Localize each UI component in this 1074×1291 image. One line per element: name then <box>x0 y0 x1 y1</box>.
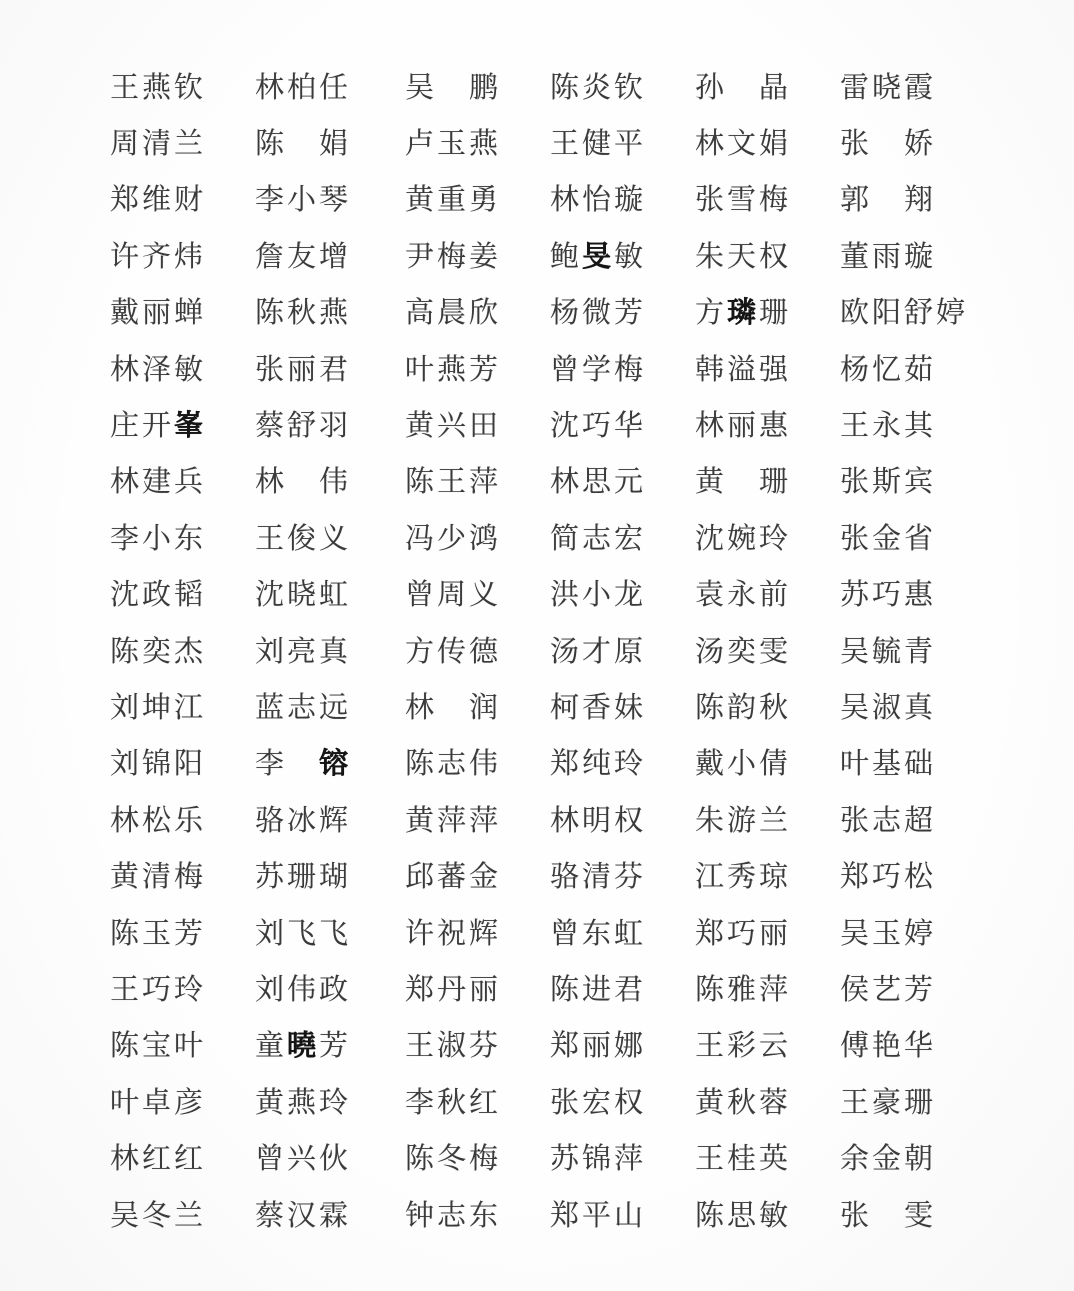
person-name: 林明权 <box>550 790 695 846</box>
person-name: 童曉芳 <box>255 1016 405 1072</box>
person-name: 黄兴田 <box>405 395 550 451</box>
person-name: 林丽惠 <box>695 395 840 451</box>
person-name: 陈王萍 <box>405 452 550 508</box>
person-name: 王彩云 <box>695 1016 840 1072</box>
person-name: 李小琴 <box>255 170 405 226</box>
person-name: 王豪珊 <box>840 1072 1040 1128</box>
person-name: 邱蕃金 <box>405 846 550 902</box>
person-name: 苏锦萍 <box>550 1128 695 1184</box>
person-name: 陈志伟 <box>405 734 550 790</box>
person-name: 杨微芳 <box>550 283 695 339</box>
person-name: 陈韵秋 <box>695 677 840 733</box>
person-name: 沈婉玲 <box>695 508 840 564</box>
name-roster-grid: 王燕钦林柏任吴 鹏陈炎钦孙 晶雷晓霞周清兰陈 娟卢玉燕王健平林文娟张 娇郑维财李… <box>110 57 1040 1241</box>
person-name: 林红红 <box>110 1128 255 1184</box>
person-name: 叶燕芳 <box>405 339 550 395</box>
person-name: 卢玉燕 <box>405 113 550 169</box>
person-name: 方传德 <box>405 621 550 677</box>
person-name: 王桂英 <box>695 1128 840 1184</box>
person-name: 陈秋燕 <box>255 283 405 339</box>
person-name: 陈雅萍 <box>695 959 840 1015</box>
person-name: 王健平 <box>550 113 695 169</box>
person-name: 余金朝 <box>840 1128 1040 1184</box>
person-name: 陈进君 <box>550 959 695 1015</box>
person-name: 曾周义 <box>405 565 550 621</box>
person-name: 傅艳华 <box>840 1016 1040 1072</box>
person-name: 郭 翔 <box>840 170 1040 226</box>
person-name: 黄秋蓉 <box>695 1072 840 1128</box>
person-name: 郑巧丽 <box>695 903 840 959</box>
person-name: 叶基础 <box>840 734 1040 790</box>
person-name: 郑丹丽 <box>405 959 550 1015</box>
person-name: 李小东 <box>110 508 255 564</box>
person-name: 董雨璇 <box>840 226 1040 282</box>
person-name: 欧阳舒婷 <box>840 283 1040 339</box>
person-name: 王淑芬 <box>405 1016 550 1072</box>
person-name: 林怡璇 <box>550 170 695 226</box>
person-name: 周清兰 <box>110 113 255 169</box>
person-name: 洪小龙 <box>550 565 695 621</box>
person-name: 黄重勇 <box>405 170 550 226</box>
person-name: 江秀琼 <box>695 846 840 902</box>
person-name: 吴玉婷 <box>840 903 1040 959</box>
person-name: 雷晓霞 <box>840 57 1040 113</box>
person-name: 冯少鸿 <box>405 508 550 564</box>
bold-character: 曉 <box>287 1023 319 1064</box>
person-name: 许齐炜 <box>110 226 255 282</box>
person-name: 黄萍萍 <box>405 790 550 846</box>
person-name: 韩溢强 <box>695 339 840 395</box>
person-name: 朱天权 <box>695 226 840 282</box>
person-name: 刘伟政 <box>255 959 405 1015</box>
person-name: 詹友增 <box>255 226 405 282</box>
bold-character: 峯 <box>174 403 206 444</box>
person-name: 蔡舒羽 <box>255 395 405 451</box>
person-name: 林 润 <box>405 677 550 733</box>
person-name: 叶卓彦 <box>110 1072 255 1128</box>
person-name: 陈冬梅 <box>405 1128 550 1184</box>
person-name: 郑平山 <box>550 1185 695 1241</box>
person-name: 王巧玲 <box>110 959 255 1015</box>
person-name: 杨忆茹 <box>840 339 1040 395</box>
person-name: 戴丽蝉 <box>110 283 255 339</box>
person-name: 郑巧松 <box>840 846 1040 902</box>
person-name: 沈晓虹 <box>255 565 405 621</box>
person-name: 黄清梅 <box>110 846 255 902</box>
person-name: 朱游兰 <box>695 790 840 846</box>
person-name: 陈奕杰 <box>110 621 255 677</box>
person-name: 蓝志远 <box>255 677 405 733</box>
person-name: 王燕钦 <box>110 57 255 113</box>
person-name: 苏珊瑚 <box>255 846 405 902</box>
person-name: 简志宏 <box>550 508 695 564</box>
person-name: 许祝辉 <box>405 903 550 959</box>
person-name: 尹梅姜 <box>405 226 550 282</box>
person-name: 郑纯玲 <box>550 734 695 790</box>
person-name: 蔡汉霖 <box>255 1185 405 1241</box>
person-name: 汤才原 <box>550 621 695 677</box>
person-name: 鲍旻敏 <box>550 226 695 282</box>
person-name: 张金省 <box>840 508 1040 564</box>
person-name: 吴冬兰 <box>110 1185 255 1241</box>
person-name: 黄 珊 <box>695 452 840 508</box>
person-name: 林建兵 <box>110 452 255 508</box>
person-name: 沈政韬 <box>110 565 255 621</box>
person-name: 柯香妹 <box>550 677 695 733</box>
person-name: 陈宝叶 <box>110 1016 255 1072</box>
person-name: 吴毓青 <box>840 621 1040 677</box>
bold-character: 镕 <box>319 741 351 782</box>
person-name: 吴淑真 <box>840 677 1040 733</box>
person-name: 张斯宾 <box>840 452 1040 508</box>
document-page: 王燕钦林柏任吴 鹏陈炎钦孙 晶雷晓霞周清兰陈 娟卢玉燕王健平林文娟张 娇郑维财李… <box>0 0 1074 1291</box>
person-name: 汤奕雯 <box>695 621 840 677</box>
person-name: 李秋红 <box>405 1072 550 1128</box>
person-name: 侯艺芳 <box>840 959 1040 1015</box>
bold-character: 旻 <box>582 234 614 275</box>
person-name: 骆冰辉 <box>255 790 405 846</box>
person-name: 张 雯 <box>840 1185 1040 1241</box>
person-name: 沈巧华 <box>550 395 695 451</box>
person-name: 林文娟 <box>695 113 840 169</box>
person-name: 黄燕玲 <box>255 1072 405 1128</box>
person-name: 陈思敏 <box>695 1185 840 1241</box>
person-name: 袁永前 <box>695 565 840 621</box>
person-name: 王俊义 <box>255 508 405 564</box>
person-name: 林 伟 <box>255 452 405 508</box>
person-name: 曾学梅 <box>550 339 695 395</box>
person-name: 林思元 <box>550 452 695 508</box>
person-name: 张 娇 <box>840 113 1040 169</box>
person-name: 高晨欣 <box>405 283 550 339</box>
person-name: 张宏权 <box>550 1072 695 1128</box>
person-name: 刘亮真 <box>255 621 405 677</box>
person-name: 刘飞飞 <box>255 903 405 959</box>
person-name: 庄开峯 <box>110 395 255 451</box>
person-name: 陈炎钦 <box>550 57 695 113</box>
person-name: 张丽君 <box>255 339 405 395</box>
person-name: 林松乐 <box>110 790 255 846</box>
person-name: 郑丽娜 <box>550 1016 695 1072</box>
person-name: 吴 鹏 <box>405 57 550 113</box>
person-name: 孙 晶 <box>695 57 840 113</box>
person-name: 张雪梅 <box>695 170 840 226</box>
person-name: 林柏任 <box>255 57 405 113</box>
person-name: 王永其 <box>840 395 1040 451</box>
person-name: 刘坤江 <box>110 677 255 733</box>
person-name: 郑维财 <box>110 170 255 226</box>
person-name: 钟志东 <box>405 1185 550 1241</box>
person-name: 林泽敏 <box>110 339 255 395</box>
person-name: 刘锦阳 <box>110 734 255 790</box>
person-name: 曾兴伙 <box>255 1128 405 1184</box>
person-name: 戴小倩 <box>695 734 840 790</box>
person-name: 苏巧惠 <box>840 565 1040 621</box>
person-name: 陈玉芳 <box>110 903 255 959</box>
person-name: 骆清芬 <box>550 846 695 902</box>
person-name: 张志超 <box>840 790 1040 846</box>
bold-character: 璘 <box>727 290 759 331</box>
person-name: 方璘珊 <box>695 283 840 339</box>
person-name: 曾东虹 <box>550 903 695 959</box>
person-name: 李 镕 <box>255 734 405 790</box>
person-name: 陈 娟 <box>255 113 405 169</box>
